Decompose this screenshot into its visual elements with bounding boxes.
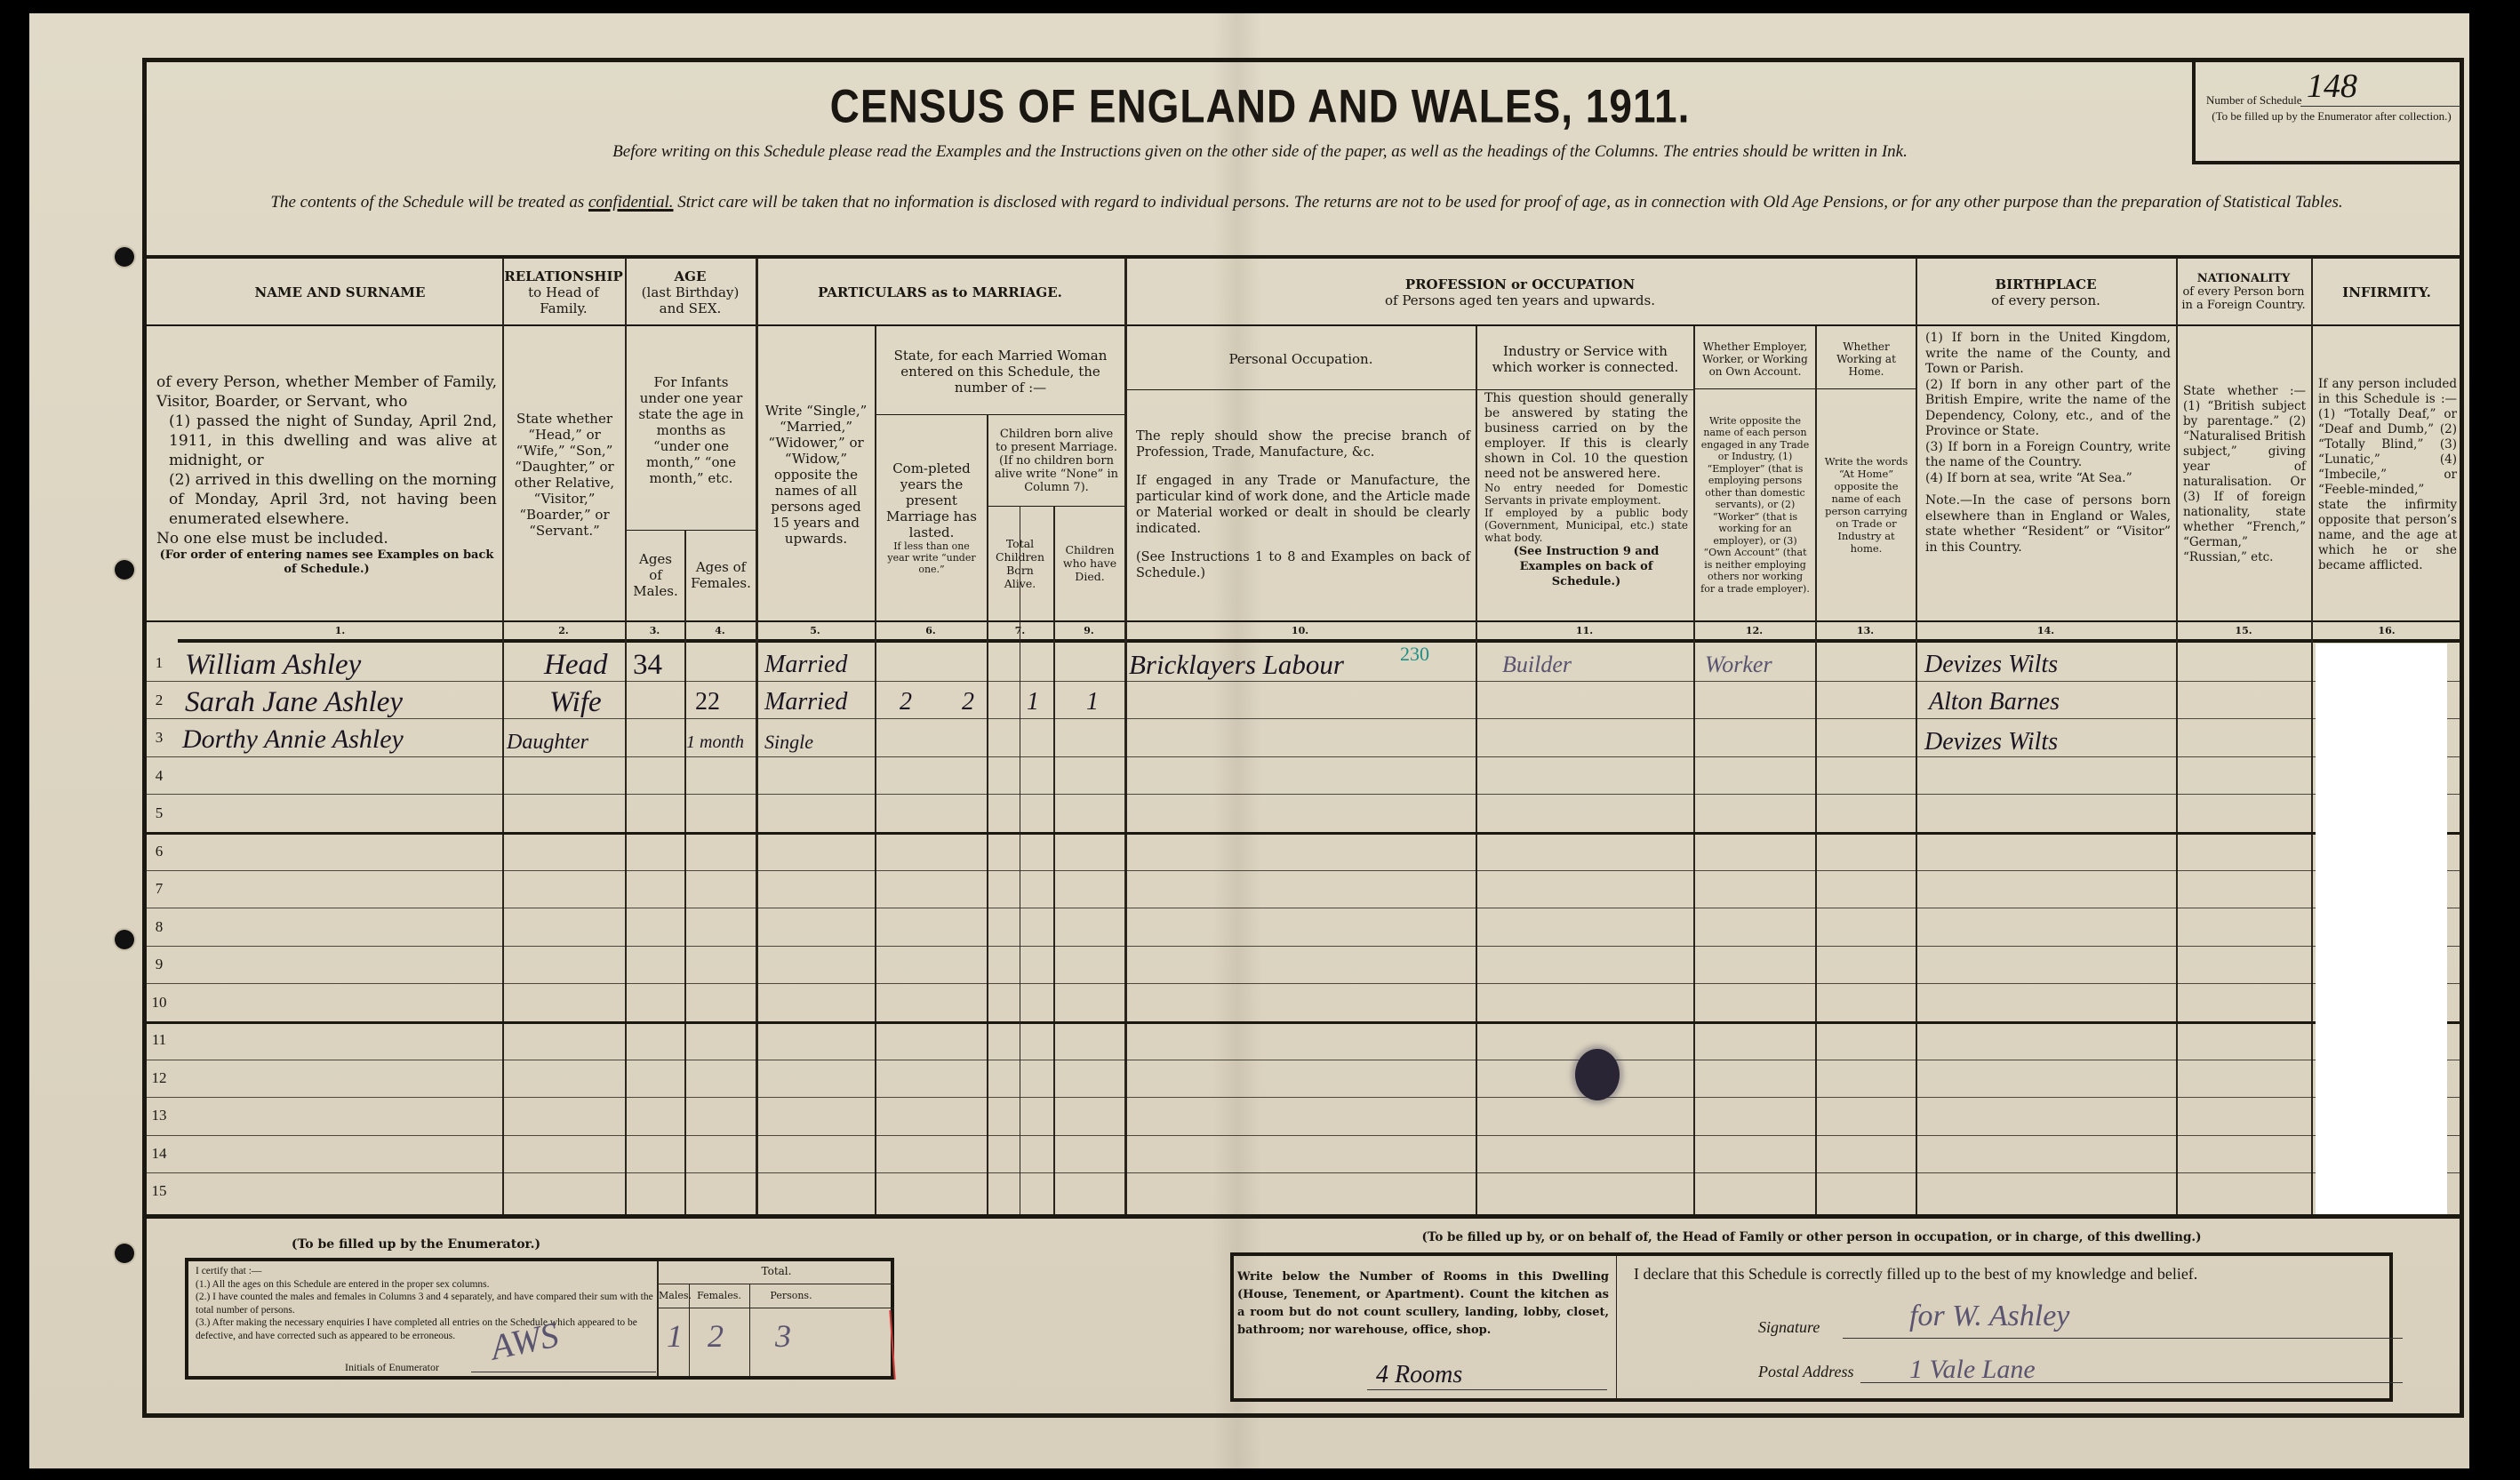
birthplace-inst-4: (4) If born at sea, write “At Sea.”	[1925, 471, 2171, 487]
schedule-number-label: Number of Schedule	[2206, 93, 2302, 108]
at-home-label: Whether Working at Home.	[1817, 329, 1916, 388]
name-instructions: of every Person, whether Member of Famil…	[151, 331, 502, 619]
colnum-9: 9.	[1053, 622, 1124, 640]
entry-employer: Worker	[1705, 647, 1772, 683]
age-infant-instructions: For Infants under one year state the age…	[627, 331, 756, 530]
signature-underline	[1843, 1338, 2403, 1339]
row-rule	[145, 1172, 2461, 1173]
personal-inst-1: The reply should show the precise branch…	[1136, 428, 1470, 460]
colnum-6: 6.	[875, 622, 987, 640]
entry-industry: Builder	[1502, 647, 1572, 683]
confidential-text-pre: The contents of the Schedule will be tre…	[270, 193, 588, 212]
heading-nationality: NATIONALITYof every Person born in a For…	[2176, 260, 2311, 324]
row-number: 14	[144, 1145, 174, 1163]
entry-years-married: 2	[900, 684, 912, 720]
row-number: 15	[144, 1182, 174, 1200]
males-label: Males.	[659, 1290, 689, 1301]
heading-name-text: NAME AND SURNAME	[255, 284, 426, 300]
age-subheader-rule	[625, 530, 756, 531]
total-persons-value: 3	[775, 1318, 791, 1354]
row-rule	[145, 983, 2461, 984]
entry-birthplace: Alton Barnes	[1929, 684, 2060, 720]
entry-relationship: Head	[544, 647, 607, 683]
row-number: 9	[144, 956, 174, 973]
entry-living: 1	[1027, 684, 1039, 720]
punch-hole	[115, 930, 134, 949]
row-number: 13	[144, 1107, 174, 1124]
birthplace-inst-3: (3) If born in a Foreign Country, write …	[1925, 440, 2171, 471]
females-label: Females.	[689, 1290, 749, 1301]
total-males-value: 1	[667, 1318, 683, 1354]
at-home-instructions: Write the words “At Home” opposite the n…	[1817, 391, 1916, 619]
colnum-15: 15.	[2176, 622, 2311, 640]
enumerator-certification: I certify that :— (1.) All the ages on t…	[196, 1265, 656, 1342]
heading-birthplace-sub: of every person.	[1991, 292, 2100, 308]
signature-value: for W. Ashley	[1909, 1299, 2069, 1334]
totals-rule-2	[659, 1308, 894, 1308]
marriage-subheader-rule	[875, 414, 1124, 415]
row-number: 1	[144, 654, 174, 672]
table-bottom-rule	[145, 1214, 2461, 1219]
col-rule	[1476, 326, 1477, 1214]
entry-born-alive: 2	[962, 684, 974, 720]
employer-subheader-rule	[1693, 388, 1815, 389]
occupation-subheader-rule	[1124, 389, 1693, 390]
completed-years-note: If less than one year write “under one.”	[882, 540, 981, 575]
heading-age: AGE(last Birthday) and SEX.	[625, 260, 756, 324]
employer-instructions: Write opposite the name of each person e…	[1695, 391, 1815, 619]
marriage-condition-instructions: Write “Single,” “Married,” “Widower,” or…	[757, 331, 875, 619]
birthplace-inst-1: (1) If born in the United Kingdom, write…	[1925, 331, 2171, 378]
row-rule	[145, 794, 2461, 795]
heading-birthplace-text: BIRTHPLACE	[1995, 276, 2096, 292]
instruction-line: Before writing on this Schedule please r…	[0, 142, 2520, 162]
col-rule	[1124, 258, 1127, 1214]
heading-nationality-text: NATIONALITY	[2197, 272, 2290, 285]
row-rule	[145, 1060, 2461, 1060]
row-number: 6	[144, 843, 174, 860]
enumerator-heading: (To be filled up by the Enumerator.)	[185, 1237, 647, 1252]
col-rule	[1916, 258, 1917, 1214]
heading-age-sub: (last Birthday) and SEX.	[628, 284, 752, 316]
punch-hole	[115, 247, 134, 267]
form-title: CENSUS OF ENGLAND AND WALES, 1911.	[0, 78, 2520, 133]
heading-marriage: PARTICULARS as to MARRIAGE.	[756, 260, 1124, 324]
colnum-5: 5.	[756, 622, 875, 640]
confidentiality-notice: The contents of the Schedule will be tre…	[169, 189, 2444, 216]
name-instruction-4: No one else must be included.	[156, 529, 497, 548]
entry-birthplace: Devizes Wilts	[1924, 724, 2058, 760]
birthplace-instructions: (1) If born in the United Kingdom, write…	[1920, 331, 2176, 619]
personal-inst-2: If engaged in any Trade or Manufacture, …	[1136, 473, 1470, 537]
name-instruction-1: of every Person, whether Member of Famil…	[156, 372, 497, 412]
rooms-divider	[1616, 1256, 1617, 1398]
entry-relationship: Daughter	[507, 724, 588, 760]
industry-inst-3: If employed by a public body (Government…	[1484, 507, 1688, 544]
entry-condition: Married	[764, 647, 847, 683]
entry-occupation-code: 230	[1400, 636, 1429, 672]
initials-label: Initials of Enumerator	[345, 1361, 439, 1374]
name-instruction-5: (For order of entering names see Example…	[156, 548, 497, 577]
row-rule	[145, 718, 2461, 719]
totals-col-rule	[689, 1284, 690, 1376]
rooms-value: 4 Rooms	[1376, 1357, 1462, 1393]
header-heading-rule	[145, 324, 2461, 326]
enumerator-certification-box: I certify that :— (1.) All the ages on t…	[185, 1258, 894, 1380]
row-number: 11	[144, 1031, 174, 1049]
persons-label: Persons.	[749, 1290, 833, 1301]
row-number: 2	[144, 692, 174, 709]
industry-inst-2: No entry needed for Domestic Servants in…	[1484, 482, 1688, 507]
entry-died: 1	[1086, 684, 1099, 720]
punch-hole	[115, 1244, 134, 1263]
industry-inst-1: This question should generally be answer…	[1484, 391, 1688, 482]
totals-col-rule	[749, 1284, 750, 1376]
colnum-2: 2.	[502, 622, 625, 640]
row-rule	[145, 946, 2461, 947]
confidential-text-post: Strict care will be taken that no inform…	[674, 193, 2343, 212]
athome-subheader-rule	[1815, 388, 1916, 389]
industry-label: Industry or Service with which worker is…	[1477, 329, 1693, 389]
heading-occupation-text: PROFESSION or OCCUPATION	[1405, 276, 1635, 292]
col-rule	[1020, 506, 1020, 1214]
row-rule	[145, 832, 2461, 835]
row-number: 4	[144, 767, 174, 785]
schedule-number-underline	[2300, 106, 2460, 107]
totals-rule	[659, 1284, 894, 1284]
declaration: I declare that this Schedule is correctl…	[1634, 1265, 2380, 1284]
row-number: 10	[144, 994, 174, 1012]
name-instruction-2: (1) passed the night of Sunday, April 2n…	[156, 412, 497, 470]
entry-condition: Single	[764, 724, 813, 760]
row-number: 8	[144, 918, 174, 936]
birthplace-inst-2: (2) If born in any other part of the Bri…	[1925, 378, 2171, 440]
colnum-1: 1.	[178, 622, 502, 640]
ink-blot	[1575, 1049, 1620, 1100]
entry-name: Sarah Jane Ashley	[185, 684, 403, 720]
householder-heading: (To be filled up by, or on behalf of, th…	[1230, 1230, 2393, 1244]
colnum-14: 14.	[1916, 622, 2176, 640]
completed-years-label: Com-pleted years the present Marriage ha…	[876, 416, 987, 619]
heading-age-text: AGE	[675, 268, 707, 284]
row-rule	[145, 1135, 2461, 1136]
signature-label: Signature	[1758, 1318, 1820, 1337]
colnum-4: 4.	[684, 622, 756, 640]
colnum-3: 3.	[625, 622, 684, 640]
personal-occupation-label: Personal Occupation.	[1126, 329, 1476, 389]
rooms-instruction: Write below the Number of Rooms in this …	[1237, 1268, 1609, 1340]
entry-name: Dorthy Annie Ashley	[182, 722, 404, 757]
redacted-infirmity-area	[2316, 644, 2447, 1214]
row-rule	[145, 1097, 2461, 1098]
colnum-13: 13.	[1815, 622, 1916, 640]
postal-address-value: 1 Vale Lane	[1909, 1352, 2036, 1388]
employer-label: Whether Employer, Worker, or Working on …	[1695, 329, 1815, 388]
heading-relationship-text: RELATIONSHIP	[504, 268, 623, 284]
householder-box: Write below the Number of Rooms in this …	[1230, 1252, 2393, 1402]
industry-inst-4: (See Instruction 9 and Examples on back …	[1484, 544, 1688, 589]
entry-age-female: 1 month	[686, 724, 744, 760]
children-heading: Children born alive to present Marriage.…	[988, 416, 1124, 506]
certify-item-1: (1.) All the ages on this Schedule are e…	[196, 1278, 656, 1292]
personal-occupation-instructions: The reply should show the precise branch…	[1131, 391, 1476, 619]
marriage-wife-instructions: State, for each Married Woman entered on…	[876, 329, 1124, 414]
row-rule	[145, 1021, 2461, 1024]
nationality-instructions: State whether :— (1) “British subject by…	[2178, 331, 2311, 619]
entry-occupation: Bricklayers Labour	[1129, 647, 1344, 683]
entry-name: William Ashley	[185, 647, 361, 683]
totals-label: Total.	[659, 1265, 894, 1277]
age-males-label: Ages of Males.	[627, 532, 684, 619]
schedule-number-note: (To be filled up by the Enumerator after…	[2203, 109, 2460, 124]
heading-occupation: PROFESSION or OCCUPATIONof Persons aged …	[1124, 260, 1916, 324]
entry-condition: Married	[764, 684, 847, 720]
totals-divider	[657, 1261, 659, 1376]
row-rule	[145, 870, 2461, 871]
industry-instructions: This question should generally be answer…	[1479, 391, 1693, 619]
age-females-label: Ages of Females.	[686, 532, 756, 619]
row-number: 5	[144, 804, 174, 822]
name-instruction-3: (2) arrived in this dwelling on the morn…	[156, 470, 497, 529]
heading-marriage-text: PARTICULARS as to MARRIAGE.	[818, 284, 1062, 300]
row-rule	[145, 908, 2461, 908]
schedule-number-box: Number of Schedule 148 (To be filled up …	[2192, 58, 2464, 164]
entry-age-male: 34	[633, 647, 662, 683]
heading-birthplace: BIRTHPLACEof every person.	[1916, 260, 2176, 324]
entry-age-female: 22	[695, 684, 720, 720]
birthplace-note: Note.—In the case of persons born elsewh…	[1925, 493, 2171, 556]
heading-nationality-sub: of every Person born in a Foreign Countr…	[2180, 285, 2308, 312]
certify-item-2: (2.) I have counted the males and female…	[196, 1291, 656, 1316]
heading-infirmity: INFIRMITY.	[2311, 260, 2462, 324]
heading-name: NAME AND SURNAME	[178, 260, 502, 324]
postal-address-label: Postal Address	[1758, 1363, 1854, 1381]
initials-underline	[471, 1372, 656, 1372]
header-top-rule	[145, 255, 2461, 259]
colnum-12: 12.	[1693, 622, 1815, 640]
personal-inst-3: (See Instructions 1 to 8 and Examples on…	[1136, 549, 1470, 581]
died-label: Children who have Died.	[1055, 508, 1124, 619]
relationship-instructions: State whether “Head,” or “Wife,” “Son,” …	[504, 331, 625, 619]
row-number: 3	[144, 729, 174, 747]
certify-intro: I certify that :—	[196, 1265, 656, 1278]
schedule-number-value: 148	[2307, 67, 2357, 106]
colnum-16: 16.	[2311, 622, 2462, 640]
total-females-value: 2	[708, 1318, 724, 1354]
colnum-11: 11.	[1476, 622, 1693, 640]
completed-years-text: Com-pleted years the present Marriage ha…	[882, 460, 981, 540]
heading-relationship: RELATIONSHIPto Head of Family.	[502, 260, 625, 324]
children-subheader-rule	[987, 506, 1124, 507]
row-number: 12	[144, 1069, 174, 1087]
punch-hole	[115, 560, 134, 580]
heading-occupation-sub: of Persons aged ten years and upwards.	[1385, 292, 1655, 308]
certify-item-3: (3.) After making the necessary enquirie…	[196, 1316, 656, 1342]
heading-relationship-sub: to Head of Family.	[506, 284, 621, 316]
row-number: 7	[144, 880, 174, 898]
heading-infirmity-text: INFIRMITY.	[2342, 284, 2431, 300]
infirmity-instructions: If any person included in this Schedule …	[2313, 331, 2462, 619]
entry-relationship: Wife	[549, 684, 602, 720]
entry-birthplace: Devizes Wilts	[1924, 647, 2058, 683]
row-rule	[145, 756, 2461, 757]
confidential-word: confidential.	[588, 193, 674, 212]
rooms-underline	[1367, 1389, 1607, 1390]
